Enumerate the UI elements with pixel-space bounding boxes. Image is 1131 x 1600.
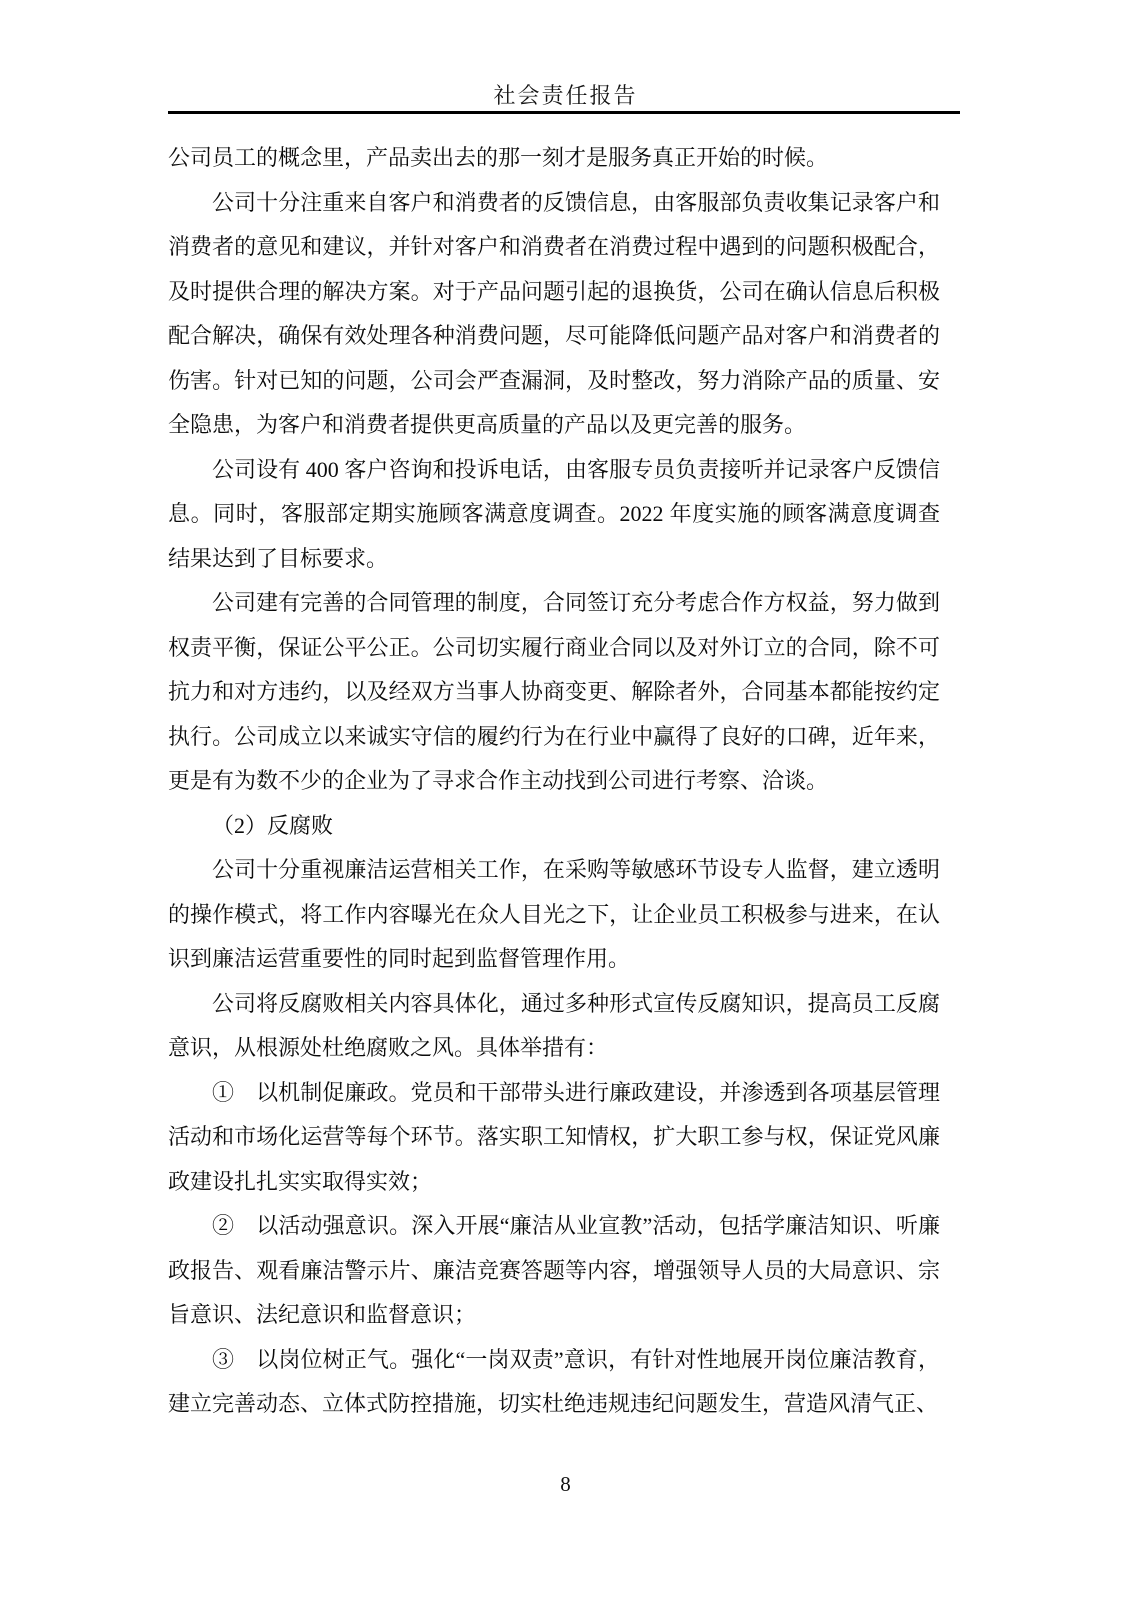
body-paragraph-list-item-3: ③ 以岗位树正气。强化“一岗双责”意识，有针对性地展开岗位廉洁教育，建立完善动态… (168, 1338, 940, 1427)
body-paragraph: 公司十分重视廉洁运营相关工作，在采购等敏感环节设专人监督，建立透明的操作模式，将… (168, 848, 940, 982)
body-paragraph: 公司将反腐败相关内容具体化，通过多种形式宣传反腐知识，提高员工反腐意识，从根源处… (168, 982, 940, 1071)
body-paragraph: 公司员工的概念里，产品卖出去的那一刻才是服务真正开始的时候。 (168, 136, 940, 181)
header-rule (168, 111, 960, 114)
body-paragraph-list-item-1: ① 以机制促廉政。党员和干部带头进行廉政建设，并渗透到各项基层管理活动和市场化运… (168, 1071, 940, 1205)
body-paragraph: 公司十分注重来自客户和消费者的反馈信息，由客服部负责收集记录客户和消费者的意见和… (168, 181, 940, 448)
page-number: 8 (0, 1472, 1131, 1497)
body-paragraph: 公司设有 400 客户咨询和投诉电话，由客服专员负责接听并记录客户反馈信息。同时… (168, 448, 940, 582)
body-paragraph-section-label: （2）反腐败 (168, 804, 940, 849)
page-header-title: 社会责任报告 (0, 79, 1131, 110)
document-body: 公司员工的概念里，产品卖出去的那一刻才是服务真正开始的时候。 公司十分注重来自客… (168, 136, 940, 1427)
body-paragraph: 公司建有完善的合同管理的制度，合同签订充分考虑合作方权益，努力做到权责平衡，保证… (168, 581, 940, 804)
report-page: 社会责任报告 公司员工的概念里，产品卖出去的那一刻才是服务真正开始的时候。 公司… (0, 0, 1131, 1600)
body-paragraph-list-item-2: ② 以活动强意识。深入开展“廉洁从业宣教”活动，包括学廉洁知识、听廉政报告、观看… (168, 1204, 940, 1338)
